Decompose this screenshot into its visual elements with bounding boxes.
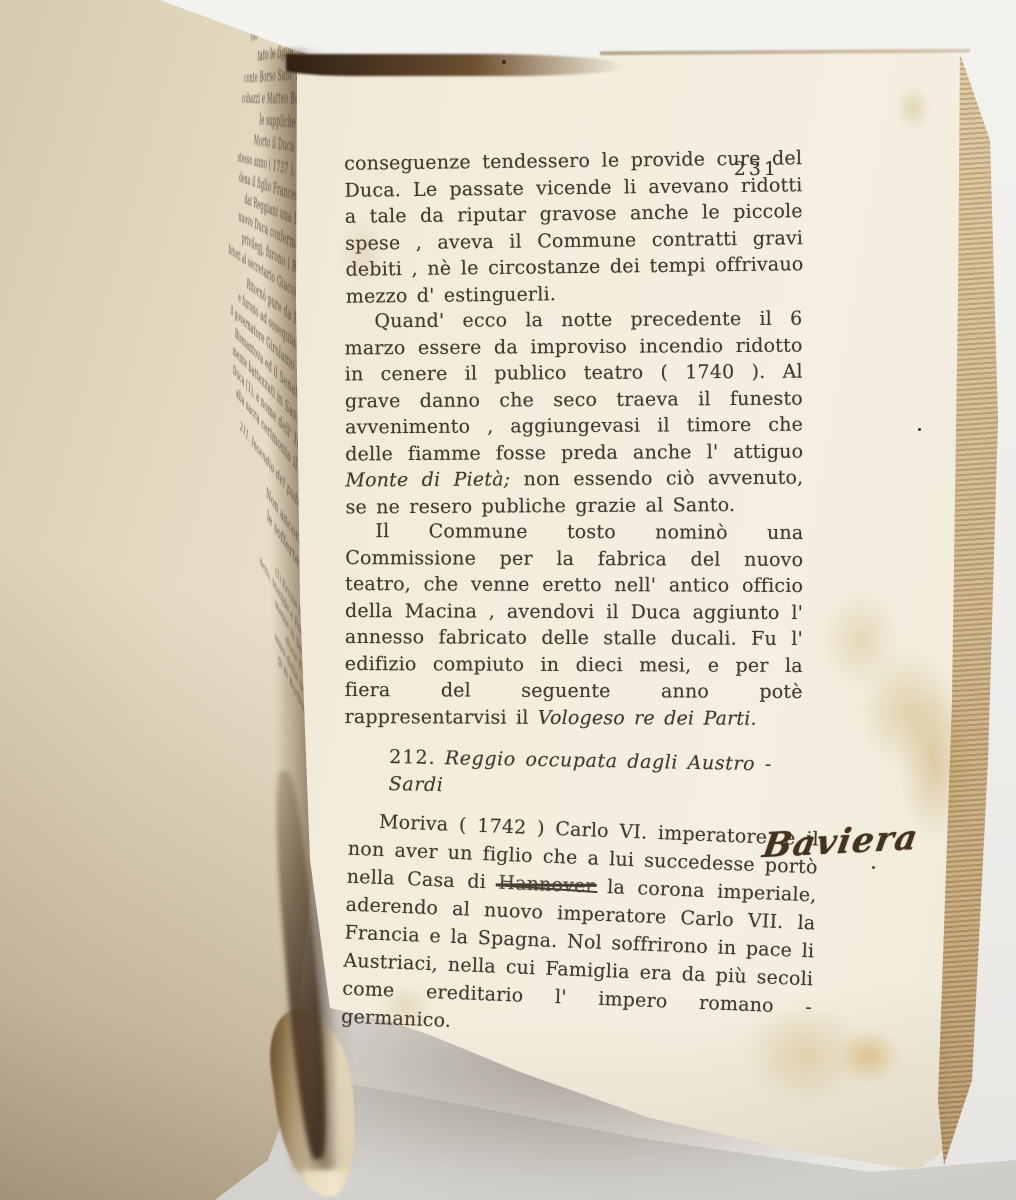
paragraph-2: Quand' ecco la notte precedente il 6 mar…	[344, 306, 803, 521]
paragraph-3: Il Commune tosto nominò una Commissione …	[345, 518, 804, 732]
struck-word-hannover: Hannover	[498, 872, 595, 898]
book-photograph: oletato le figlie. Assegnò loro per secr…	[0, 0, 1016, 1200]
ink-speck	[918, 428, 921, 431]
paragraph-4: Moriva ( 1742 ) Carlo VI. imperatore, e …	[341, 807, 820, 1050]
paragraph-1-text: conseguenze tendessero le provide cure d…	[344, 147, 804, 307]
handwritten-annotation-baviera: Baviera	[760, 818, 922, 867]
ink-speck	[872, 866, 875, 869]
paragraph-1: conseguenze tendessero le provide cure d…	[344, 145, 804, 310]
italic-vologeso: Vologeso re dei Parti.	[538, 706, 757, 729]
italic-monte-di-pieta: Monte di Pietà;	[345, 468, 510, 491]
section-title: Reggio occupata dagli Austro - Sardi	[389, 747, 772, 795]
section-number: 212.	[389, 746, 436, 769]
ink-speck	[502, 60, 506, 64]
left-page-line: ole	[216, 0, 442, 54]
burnt-top-edge	[286, 54, 626, 76]
right-page-text: 231 conseguenze tendessero le provide cu…	[345, 148, 803, 1040]
section-heading-212: 212. Reggio occupata dagli Austro - Sard…	[389, 744, 804, 805]
